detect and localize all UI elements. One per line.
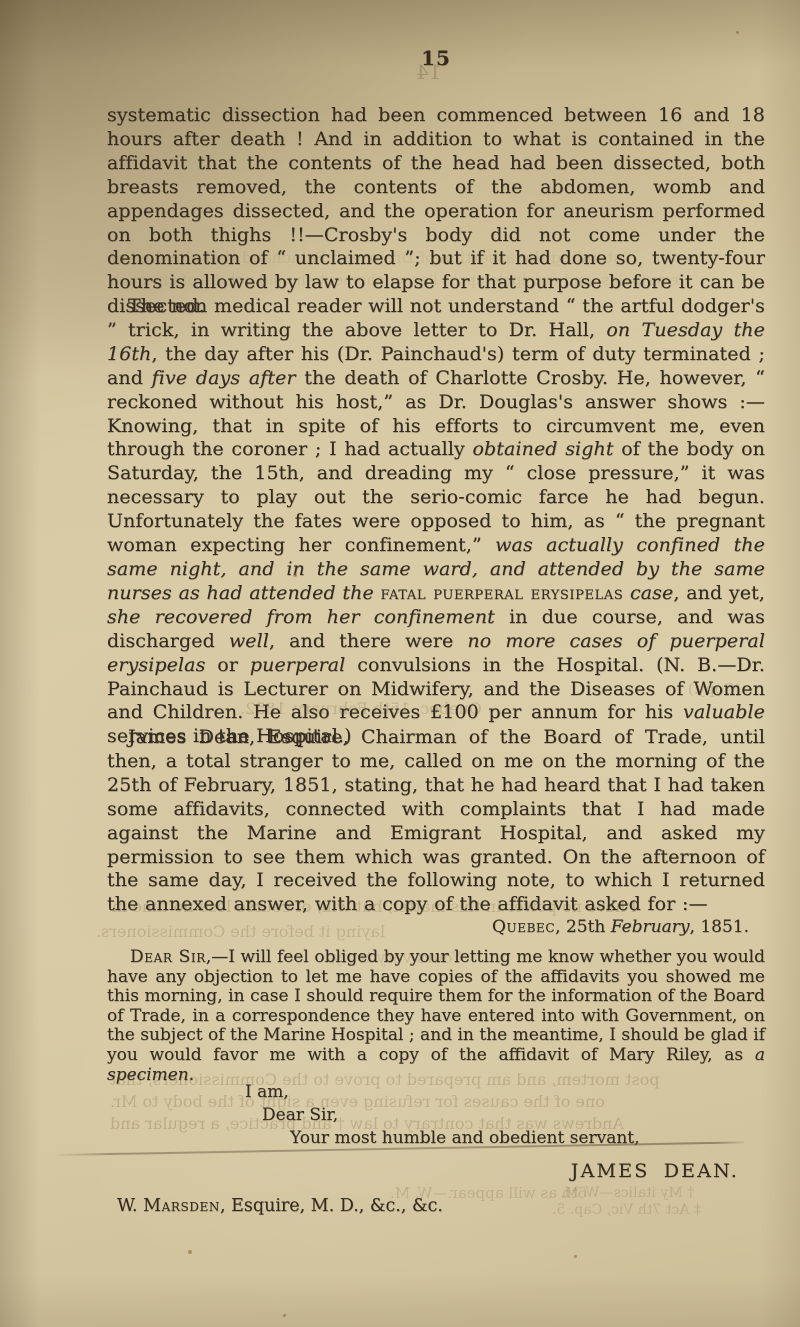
letter-dateline: Quebec, 25th February, 1851. [107,918,765,938]
text-segment: Quebec [492,917,555,937]
text-segment: , Esquire, M. D., &c., &c. [220,1196,443,1216]
text-segment: puerperal [250,654,346,676]
letter-closing-i-am: I am, [245,1083,289,1103]
text-segment: , 25th [555,917,611,937]
letter-signature: JAMES DEAN. [107,1160,765,1182]
text-segment: valuable [683,701,765,723]
paper-speck [736,31,739,34]
text-segment: well [229,630,269,652]
text-segment: systematic dissection had been commenced… [107,104,765,317]
text-segment: James Dean, Esquire, Chairman of the Boa… [107,726,765,915]
paragraph-artful-dodger: The non medical reader will not understa… [107,295,765,749]
book-page: 14standing the assertion of Dr. Joseph P… [0,0,800,1327]
text-segment: , and there were [269,630,467,652]
paragraph-james-dean: James Dean, Esquire, Chairman of the Boa… [107,726,765,917]
text-segment: ,—I will feel obliged by your letting me… [107,947,765,1065]
letter-addressee: W. Marsden, Esquire, M. D., &c., &c. [117,1196,443,1216]
text-segment: . [189,1065,194,1085]
paper-speck [188,1250,192,1254]
text-segment: W. [117,1196,143,1216]
text-segment: obtained sight [472,438,613,460]
paragraph-continuation: systematic dissection had been commenced… [107,104,765,319]
show-through-text: one of the causes for refusing even a si… [110,1092,605,1111]
paper-speck [574,1255,577,1258]
text-segment: she recovered from her confinement [107,606,495,628]
letter-body: Dear Sir,—I will feel obliged by your le… [107,948,765,1085]
text-segment: February [611,917,690,937]
text-segment: fatal puerperal erysipelas [381,582,624,604]
text-segment: , 1851. [690,917,749,937]
text-segment: or [205,654,249,676]
text-segment: Marsden [143,1196,220,1216]
text-segment: Dear Sir [130,947,206,967]
text-segment: , and yet, [673,582,765,604]
text-segment: case [623,582,673,604]
show-through-text: ‡ Act 7th Vic, Cap. 5. [552,1202,701,1218]
paper-speck [283,1314,286,1317]
show-through-text: † My italics—W. M. [560,1185,694,1201]
text-segment: five days after [152,367,296,389]
letter-closing-dear-sir: Dear Sir, [262,1106,338,1126]
page-number: 15 [107,46,765,70]
